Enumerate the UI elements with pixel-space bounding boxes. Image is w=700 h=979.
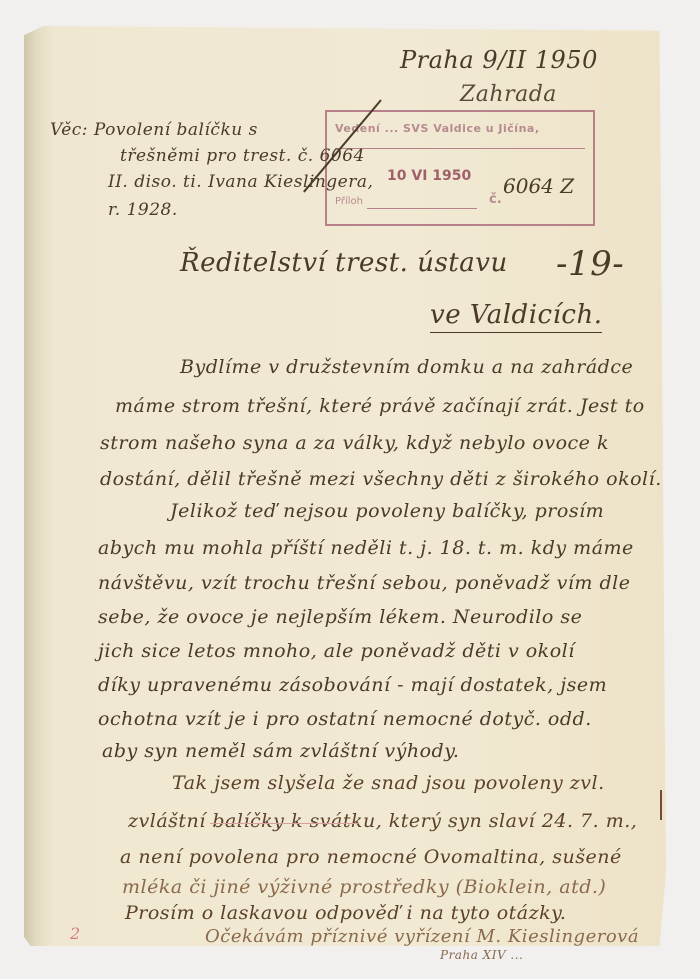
margin-mark — [660, 790, 662, 820]
body-line: dostání, dělil třešně mezi všechny děti … — [100, 468, 662, 490]
body-line: Bydlíme v družstevním domku a na zahrádc… — [180, 356, 633, 378]
body-line: strom našeho syna a za války, když nebyl… — [100, 432, 609, 454]
body-line: aby syn neměl sám zvláštní výhody. — [102, 740, 459, 762]
body-line: ochotna vzít je i pro ostatní nemocné do… — [98, 708, 592, 730]
body-line: sebe, že ovoce je nejlepším lékem. Neuro… — [98, 606, 582, 628]
body-line: Jelikož teď nejsou povoleny balíčky, pro… — [170, 500, 604, 522]
stamp-line — [367, 208, 477, 209]
body-line: Tak jsem slyšela že snad jsou povoleny z… — [172, 772, 605, 794]
body-line: abych mu mohla příští neděli t. j. 18. t… — [98, 537, 634, 559]
body-line: Prosím o laskavou odpověď i na tyto otáz… — [125, 902, 566, 924]
header-note: Zahrada — [460, 82, 557, 107]
stamp-attachments-label: Příloh — [335, 196, 363, 207]
red-underline — [210, 823, 358, 824]
salutation-line-2: ve Valdicích. — [430, 300, 602, 330]
subject-line-3: II. diso. ti. Ivana Kieslingera, — [108, 172, 373, 192]
body-line: a není povolena pro nemocné Ovomaltina, … — [120, 846, 622, 868]
stamp-institution: Vedení ... SVS Valdice u Jičína, — [335, 122, 540, 135]
salutation-line-1: Ředitelství trest. ústavu — [180, 248, 508, 278]
body-line: jich sice letos mnoho, ale poněvadž děti… — [98, 640, 575, 662]
body-line: mléka či jiné výživné prostředky (Biokle… — [122, 876, 606, 898]
place-date: Praha 9/II 1950 — [400, 46, 598, 74]
body-line: máme strom třešní, které právě začínají … — [115, 395, 645, 417]
subject-line-4: r. 1928. — [108, 200, 178, 220]
subject-line-1: Věc: Povolení balíčku s — [50, 120, 258, 140]
closing-line: Očekávám příznivé vyřízení M. Kieslinger… — [205, 926, 639, 947]
stamp-number-label: č. — [489, 192, 502, 207]
subject-line-2: třešněmi pro trest. č. 6064 — [120, 146, 365, 166]
registry-stamp: Vedení ... SVS Valdice u Jičína, 10 VI 1… — [325, 110, 595, 226]
stamp-date: 10 VI 1950 — [387, 168, 471, 184]
stamp-reference-number: 6064 Z — [503, 174, 574, 198]
signature-partial: Praha XIV ... — [440, 948, 523, 962]
corner-page-number: 2 — [70, 924, 80, 943]
body-line: díky upravenému zásobování - mají dostat… — [98, 674, 607, 696]
body-line: návštěvu, vzít trochu třešní sebou, poně… — [98, 572, 630, 594]
stamp-divider — [335, 148, 585, 149]
page-mark: -19- — [556, 244, 624, 284]
body-line: zvláštní balíčky k svátku, který syn sla… — [128, 810, 637, 832]
